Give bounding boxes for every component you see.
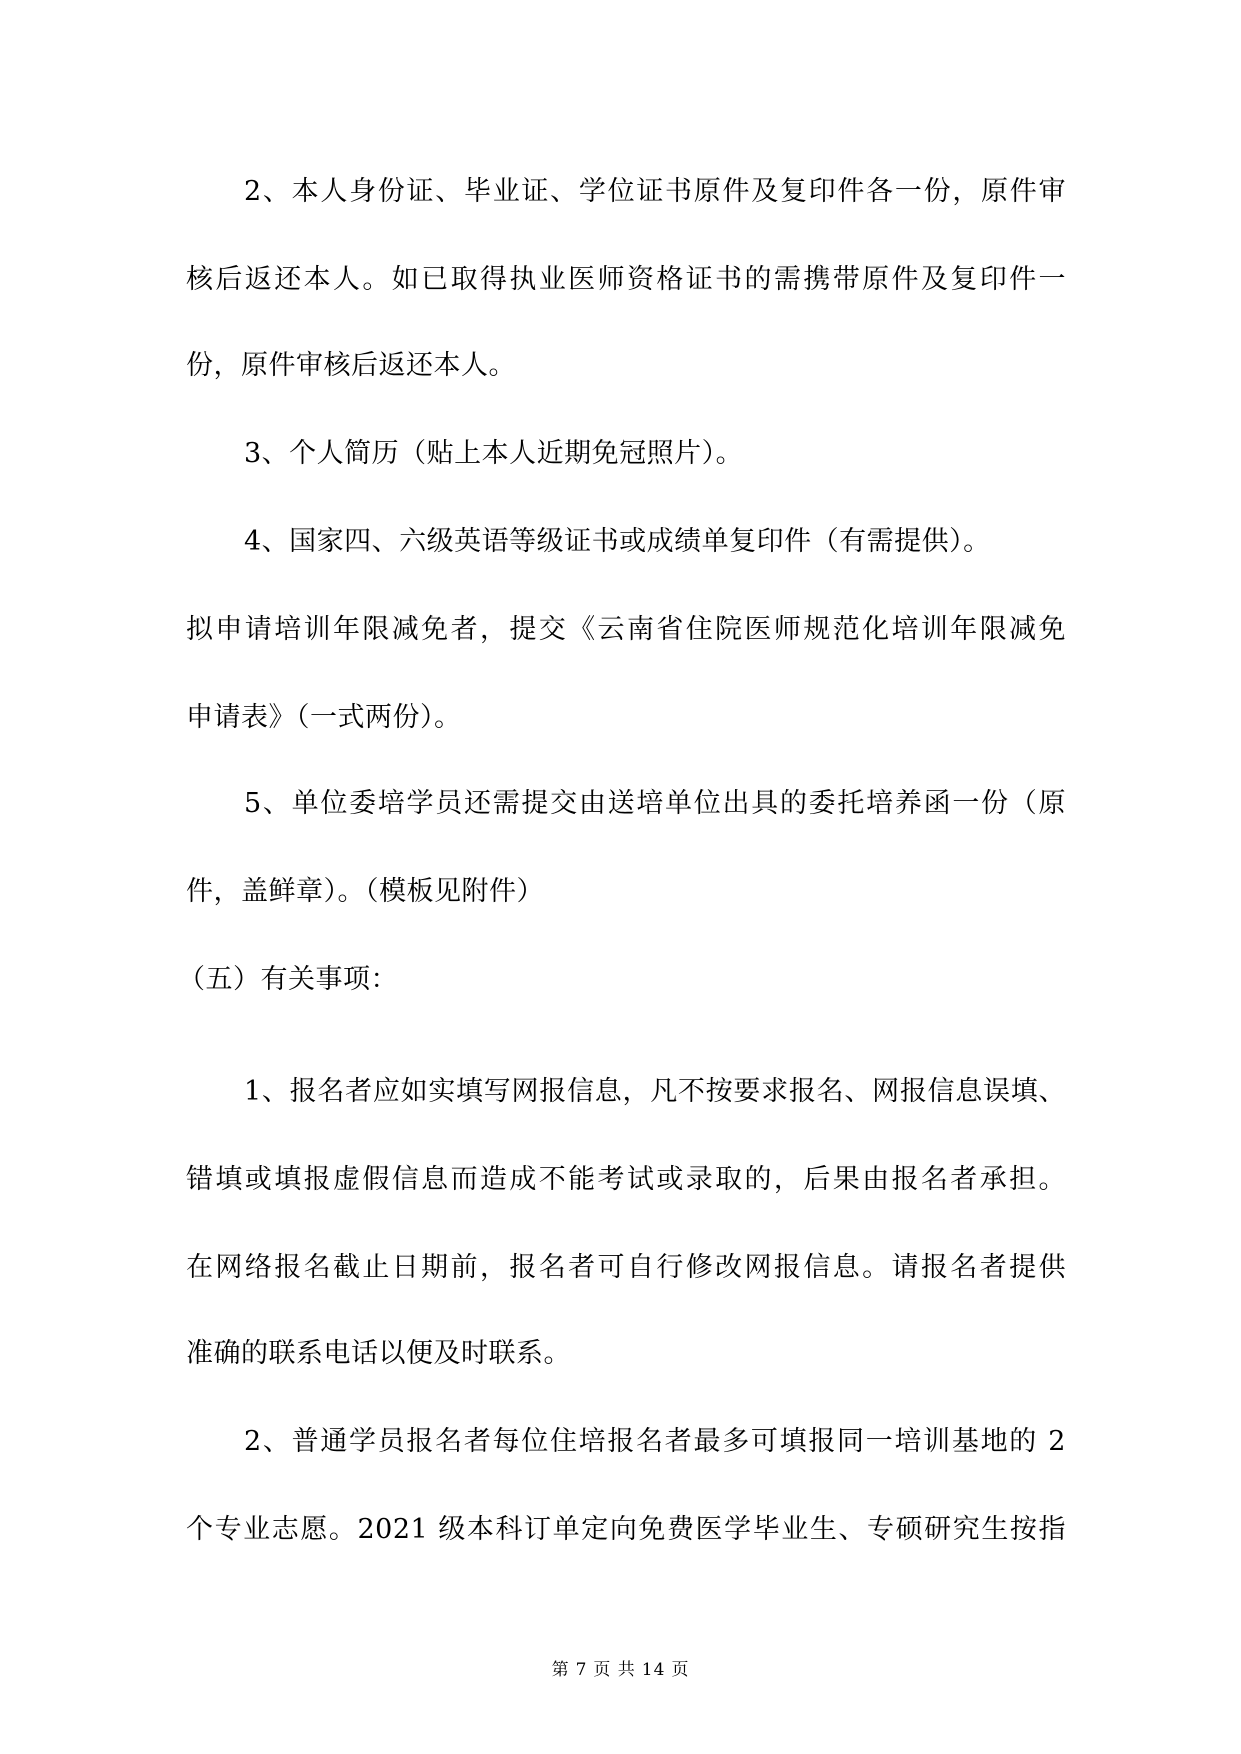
footer-suffix: 页 (671, 1660, 689, 1680)
page-footer: 第7页 共14页 (0, 1658, 1241, 1682)
paragraph-line: 个专业志愿。2021 级本科订单定向免费医学毕业生、专硕研究生按指 (186, 1510, 1066, 1550)
paragraph-line: 在网络报名截止日期前，报名者可自行修改网报信息。请报名者提供 (186, 1248, 1066, 1288)
footer-middle: 页 共 (593, 1660, 635, 1680)
paragraph-line: 准确的联系电话以便及时联系。 (186, 1334, 1066, 1374)
paragraph-line: 4、国家四、六级英语等级证书或成绩单复印件（有需提供）。 (244, 522, 1066, 562)
paragraph-line: 份，原件审核后返还本人。 (186, 346, 1066, 386)
paragraph-line: 3、个人简历（贴上本人近期免冠照片）。 (244, 434, 1066, 474)
total-pages-number: 14 (642, 1660, 666, 1680)
section-heading: （五）有关事项： (178, 960, 1058, 1000)
paragraph-line: 错填或填报虚假信息而造成不能考试或录取的，后果由报名者承担。 (186, 1160, 1066, 1200)
paragraph-line: 1、报名者应如实填写网报信息，凡不按要求报名、网报信息误填、 (244, 1072, 1066, 1112)
paragraph-line: 2、普通学员报名者每位住培报名者最多可填报同一培训基地的 2 (244, 1422, 1066, 1462)
paragraph-line: 2、本人身份证、毕业证、学位证书原件及复印件各一份，原件审 (244, 172, 1066, 212)
paragraph-line: 5、单位委培学员还需提交由送培单位出具的委托培养函一份（原 (244, 784, 1066, 824)
footer-prefix: 第 (552, 1660, 570, 1680)
paragraph-line: 核后返还本人。如已取得执业医师资格证书的需携带原件及复印件一 (186, 260, 1066, 300)
paragraph-line: 申请表》（一式两份）。 (186, 698, 1066, 738)
paragraph-line: 件，盖鲜章）。（模板见附件） (186, 872, 1066, 912)
document-page: 2、本人身份证、毕业证、学位证书原件及复印件各一份，原件审 核后返还本人。如已取… (0, 0, 1241, 1754)
current-page-number: 7 (576, 1660, 588, 1680)
paragraph-line: 拟申请培训年限减免者，提交《云南省住院医师规范化培训年限减免 (186, 610, 1066, 650)
